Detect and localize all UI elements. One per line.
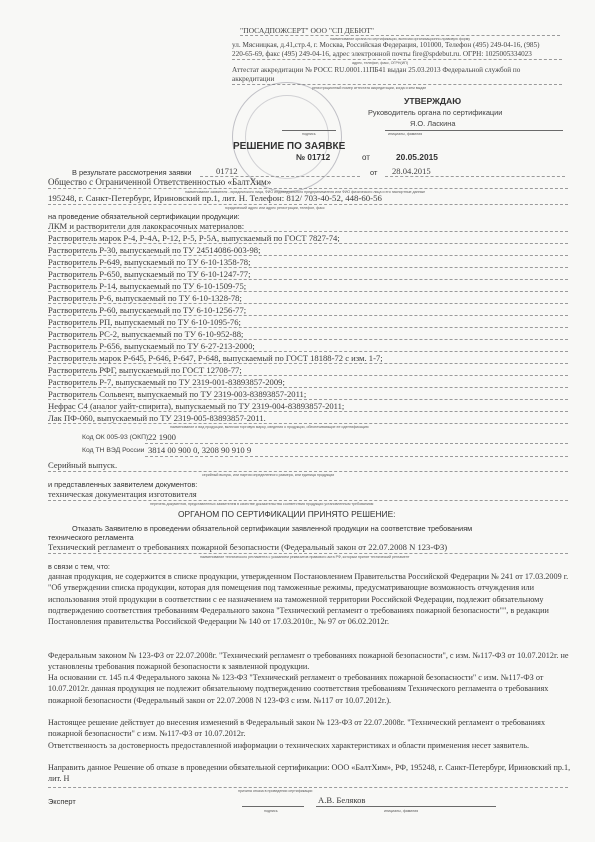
list-item: Растворитель Р-7, выпускаемый по ТУ 2319… [48, 377, 285, 387]
reason-paragraph-3: На основании ст. 145 п.4 Федерального за… [48, 672, 573, 706]
decision-date-prefix: от [362, 153, 370, 162]
divider [48, 351, 568, 352]
release-caption: серийный выпуск, или партия определенног… [202, 473, 334, 477]
documents-caption: перечень документов, представленных заяв… [150, 502, 373, 506]
list-item: Растворитель марок Р-4, Р-4А, Р-12, Р-5,… [48, 233, 340, 243]
approval-title: УТВЕРЖДАЮ [404, 96, 461, 106]
divider [48, 279, 568, 280]
divider [48, 375, 568, 376]
applicant-address: 195248, г. Санкт-Петербург, Ириновский п… [48, 193, 382, 203]
list-item: Растворитель Р-656, выпускаемый по ТУ 6-… [48, 341, 255, 351]
products-caption: наименование и вид продукции, включая то… [170, 425, 369, 429]
divider [48, 255, 568, 256]
reason-caption: причина отказа в проведении сертификации [238, 789, 312, 793]
divider [385, 176, 565, 177]
expert-name: А.В. Беляков [318, 795, 365, 805]
documents-heading: и представленных заявителем документов: [48, 480, 197, 489]
approval-signature-caption: подпись [302, 132, 316, 136]
attestat-caption: регистрационный номер аттестата аккредит… [312, 86, 426, 90]
expert-label: Эксперт [48, 797, 76, 806]
regulation-name: Технический регламент о требованиях пожа… [48, 542, 447, 552]
list-item: Растворитель РС-2, выпускаемый по ТУ 6-1… [48, 329, 243, 339]
divider [48, 423, 568, 424]
expert-signature-caption: подпись [264, 809, 278, 813]
tnved-label: Код ТН ВЭД России [82, 447, 144, 454]
divider [48, 411, 568, 412]
reason-paragraph-2: Федеральным законом № 123-ФЗ от 22.07.20… [48, 650, 573, 673]
reason-paragraph-6: Направить данное Решение об отказе в про… [48, 762, 573, 785]
regulation-caption: наименование технического регламента с у… [200, 555, 409, 559]
document-page: "ПОСАДПОЖСЕРТ" ООО "СП ДЕБЮТ" наименован… [0, 0, 595, 842]
divider [48, 363, 568, 364]
approval-name-line [385, 130, 563, 131]
approval-name-caption: инициалы, фамилия [388, 132, 422, 136]
reason-heading: в связи с тем, что: [48, 562, 110, 571]
ruling-refuse-line-2: технического регламента [48, 533, 134, 542]
approval-signature-line [282, 130, 336, 131]
expert-signature-line [242, 806, 304, 807]
divider [48, 339, 568, 340]
okp-label: Код ОК 005-93 (ОКП) [82, 434, 148, 441]
application-date: 28.04.2015 [392, 166, 431, 176]
list-item: Растворитель РФГ, выпускаемый по ГОСТ 12… [48, 365, 242, 375]
list-item: Растворитель марок Р-645, Р-646, Р-647, … [48, 353, 383, 363]
divider [48, 291, 568, 292]
expert-name-caption: инициалы, фамилия [384, 809, 418, 813]
list-item: Растворитель Р-30, выпускаемый по ТУ 245… [48, 245, 261, 255]
list-item: Растворитель Р-6, выпускаемый по ТУ 6-10… [48, 293, 242, 303]
attestat-line-1: Аттестат аккредитации № РОСС RU.0001.11П… [232, 66, 520, 74]
divider [48, 315, 568, 316]
reason-paragraph-1: данная продукция, не содержится в списке… [48, 571, 573, 651]
divider [145, 456, 568, 457]
list-item: Нефрас С4 (аналог уайт-спирита), выпуска… [48, 401, 344, 411]
list-item: Растворитель РП, выпускаемый по ТУ 6-10-… [48, 317, 241, 327]
okp-value: 22 1900 [148, 432, 176, 442]
ruling-refuse-line-1: Отказать Заявителю в проведении обязател… [72, 524, 472, 533]
list-item: Растворитель Р-649, выпускаемый по ТУ 6-… [48, 257, 250, 267]
divider [48, 787, 568, 788]
divider [48, 188, 568, 189]
address-line-1: ул. Мясницкая, д.41,стр.4, г. Москва, Ро… [232, 41, 540, 49]
divider [48, 231, 568, 232]
list-item: Растворитель Р-650, выпускаемый по ТУ 6-… [48, 269, 250, 279]
divider [48, 387, 568, 388]
documents-value: техническая документация изготовителя [48, 489, 197, 499]
tnved-value: 3814 00 900 0, 3208 90 910 9 [148, 445, 251, 455]
divider [48, 500, 568, 501]
divider [48, 553, 568, 554]
list-item: Растворитель Р-14, выпускаемый по ТУ 6-1… [48, 281, 246, 291]
divider [48, 471, 568, 472]
release-type: Серийный выпуск. [48, 460, 117, 470]
divider [145, 443, 568, 444]
address-line-2: 220-65-69, факс (495) 249-04-16, адрес э… [232, 50, 532, 58]
decision-number: № 01712 [296, 153, 330, 162]
application-label: В результате рассмотрения заявки [72, 168, 191, 177]
divider [48, 303, 568, 304]
approval-position: Руководитель органа по сертификации [368, 108, 502, 117]
products-heading: на проведение обязательной сертификации … [48, 212, 240, 221]
decision-date: 20.05.2015 [396, 152, 438, 162]
divider [240, 35, 560, 36]
divider [232, 59, 562, 60]
divider [48, 399, 568, 400]
list-item: Растворитель Сольвент, выпускаемый по ТУ… [48, 389, 306, 399]
divider [48, 267, 568, 268]
application-date-prefix: от [370, 168, 377, 177]
reason-paragraph-5: Ответственность за достоверность предост… [48, 740, 573, 751]
address-caption: адрес, телефон, факс, ОГРН(ИП) [352, 61, 408, 65]
org-name: "ПОСАДПОЖСЕРТ" ООО "СП ДЕБЮТ" [240, 26, 374, 35]
attestat-line-2: аккредитации [232, 75, 274, 83]
divider [48, 243, 568, 244]
applicant-name: Общество с Ограниченной Ответственностью… [48, 177, 271, 187]
reason-paragraph-4: Настоящее решение действует до внесения … [48, 717, 573, 740]
applicant-address-caption: юридический адрес или адрес регистрации,… [225, 206, 325, 210]
list-item: Растворитель Р-60, выпускаемый по ТУ 6-1… [48, 305, 246, 315]
divider [48, 327, 568, 328]
divider [48, 204, 568, 205]
application-number: 01712 [216, 166, 237, 176]
decision-title: РЕШЕНИЕ ПО ЗАЯВКЕ [233, 141, 345, 152]
list-item: Лак ПФ-060, выпускаемый по ТУ 2319-005-8… [48, 413, 266, 423]
approval-name: Я.О. Ласкина [410, 119, 455, 128]
ruling-heading: ОРГАНОМ ПО СЕРТИФИКАЦИИ ПРИНЯТО РЕШЕНИЕ: [178, 509, 396, 519]
expert-name-line [316, 806, 496, 807]
list-item: ЛКМ и растворители для лакокрасочных мат… [48, 221, 244, 231]
